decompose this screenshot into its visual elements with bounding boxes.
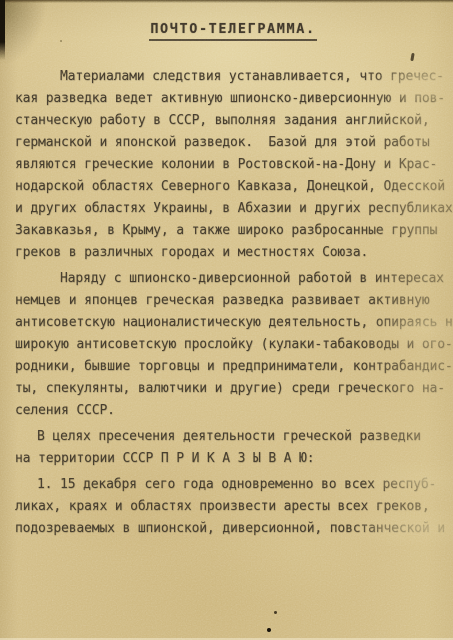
text-line: и других областях Украины, в Абхазии и д… xyxy=(15,198,451,220)
paragraph-order-item-1: 1. 15 декабря сего года одновременно во … xyxy=(15,474,451,540)
text-line: Закавказья, в Крыму, а также широко разб… xyxy=(15,220,451,242)
ink-speck xyxy=(267,628,271,632)
text-line: кая разведка ведет активную шпионско-див… xyxy=(15,88,451,110)
ink-speck xyxy=(274,611,277,614)
document-title: ПОЧТО-ТЕЛЕГРАММА. xyxy=(149,21,316,41)
text-line: германской и японской разведок. Базой дл… xyxy=(15,132,451,154)
ink-speck xyxy=(60,40,62,42)
paragraph-2: Наряду с шпионско-диверсионной работой в… xyxy=(15,268,451,422)
text-line: станческую работу в СССР, выполняя задан… xyxy=(15,110,451,132)
text-line: В целях пресечения деятельности греческо… xyxy=(15,426,451,448)
text-line: немцев и японцев греческая разведка разв… xyxy=(15,290,451,312)
text-line: антисоветскую националистическую деятель… xyxy=(15,312,451,334)
text-line: на территории СССР П Р И К А З Ы В А Ю: xyxy=(15,448,451,470)
document-body: Материалами следствия устанавливается, ч… xyxy=(15,66,451,540)
text-line: селения СССР. xyxy=(15,400,451,422)
text-line: родники, бывшие торговцы и предпринимате… xyxy=(15,356,451,378)
text-line: греков в различных городах и местностях … xyxy=(15,242,451,264)
document-scan: ПОЧТО-ТЕЛЕГРАММА. Материалами следствия … xyxy=(0,0,453,640)
scan-edge-left xyxy=(0,0,5,60)
text-line: широкую антисоветскую прослойку (кулаки-… xyxy=(15,334,451,356)
paragraph-1: Материалами следствия устанавливается, ч… xyxy=(15,66,451,264)
scan-edge-top xyxy=(0,0,453,3)
text-line: Наряду с шпионско-диверсионной работой в… xyxy=(15,268,451,290)
text-line: ты, спекулянты, валютчики и другие) сред… xyxy=(15,378,451,400)
text-line: подозреваемых в шпионской, диверсионной,… xyxy=(15,518,451,540)
text-line: Материалами следствия устанавливается, ч… xyxy=(15,66,451,88)
ink-speck xyxy=(350,200,352,202)
paragraph-order-preamble: В целях пресечения деятельности греческо… xyxy=(15,426,451,470)
telegram-page: ПОЧТО-ТЕЛЕГРАММА. Материалами следствия … xyxy=(0,0,453,640)
text-line: ликах, краях и областях произвести арест… xyxy=(15,496,451,518)
text-line: 1. 15 декабря сего года одновременно во … xyxy=(15,474,451,496)
text-line: нодарской областях Северного Кавказа, До… xyxy=(15,176,451,198)
text-line: являются греческие колонии в Ростовской-… xyxy=(15,154,451,176)
